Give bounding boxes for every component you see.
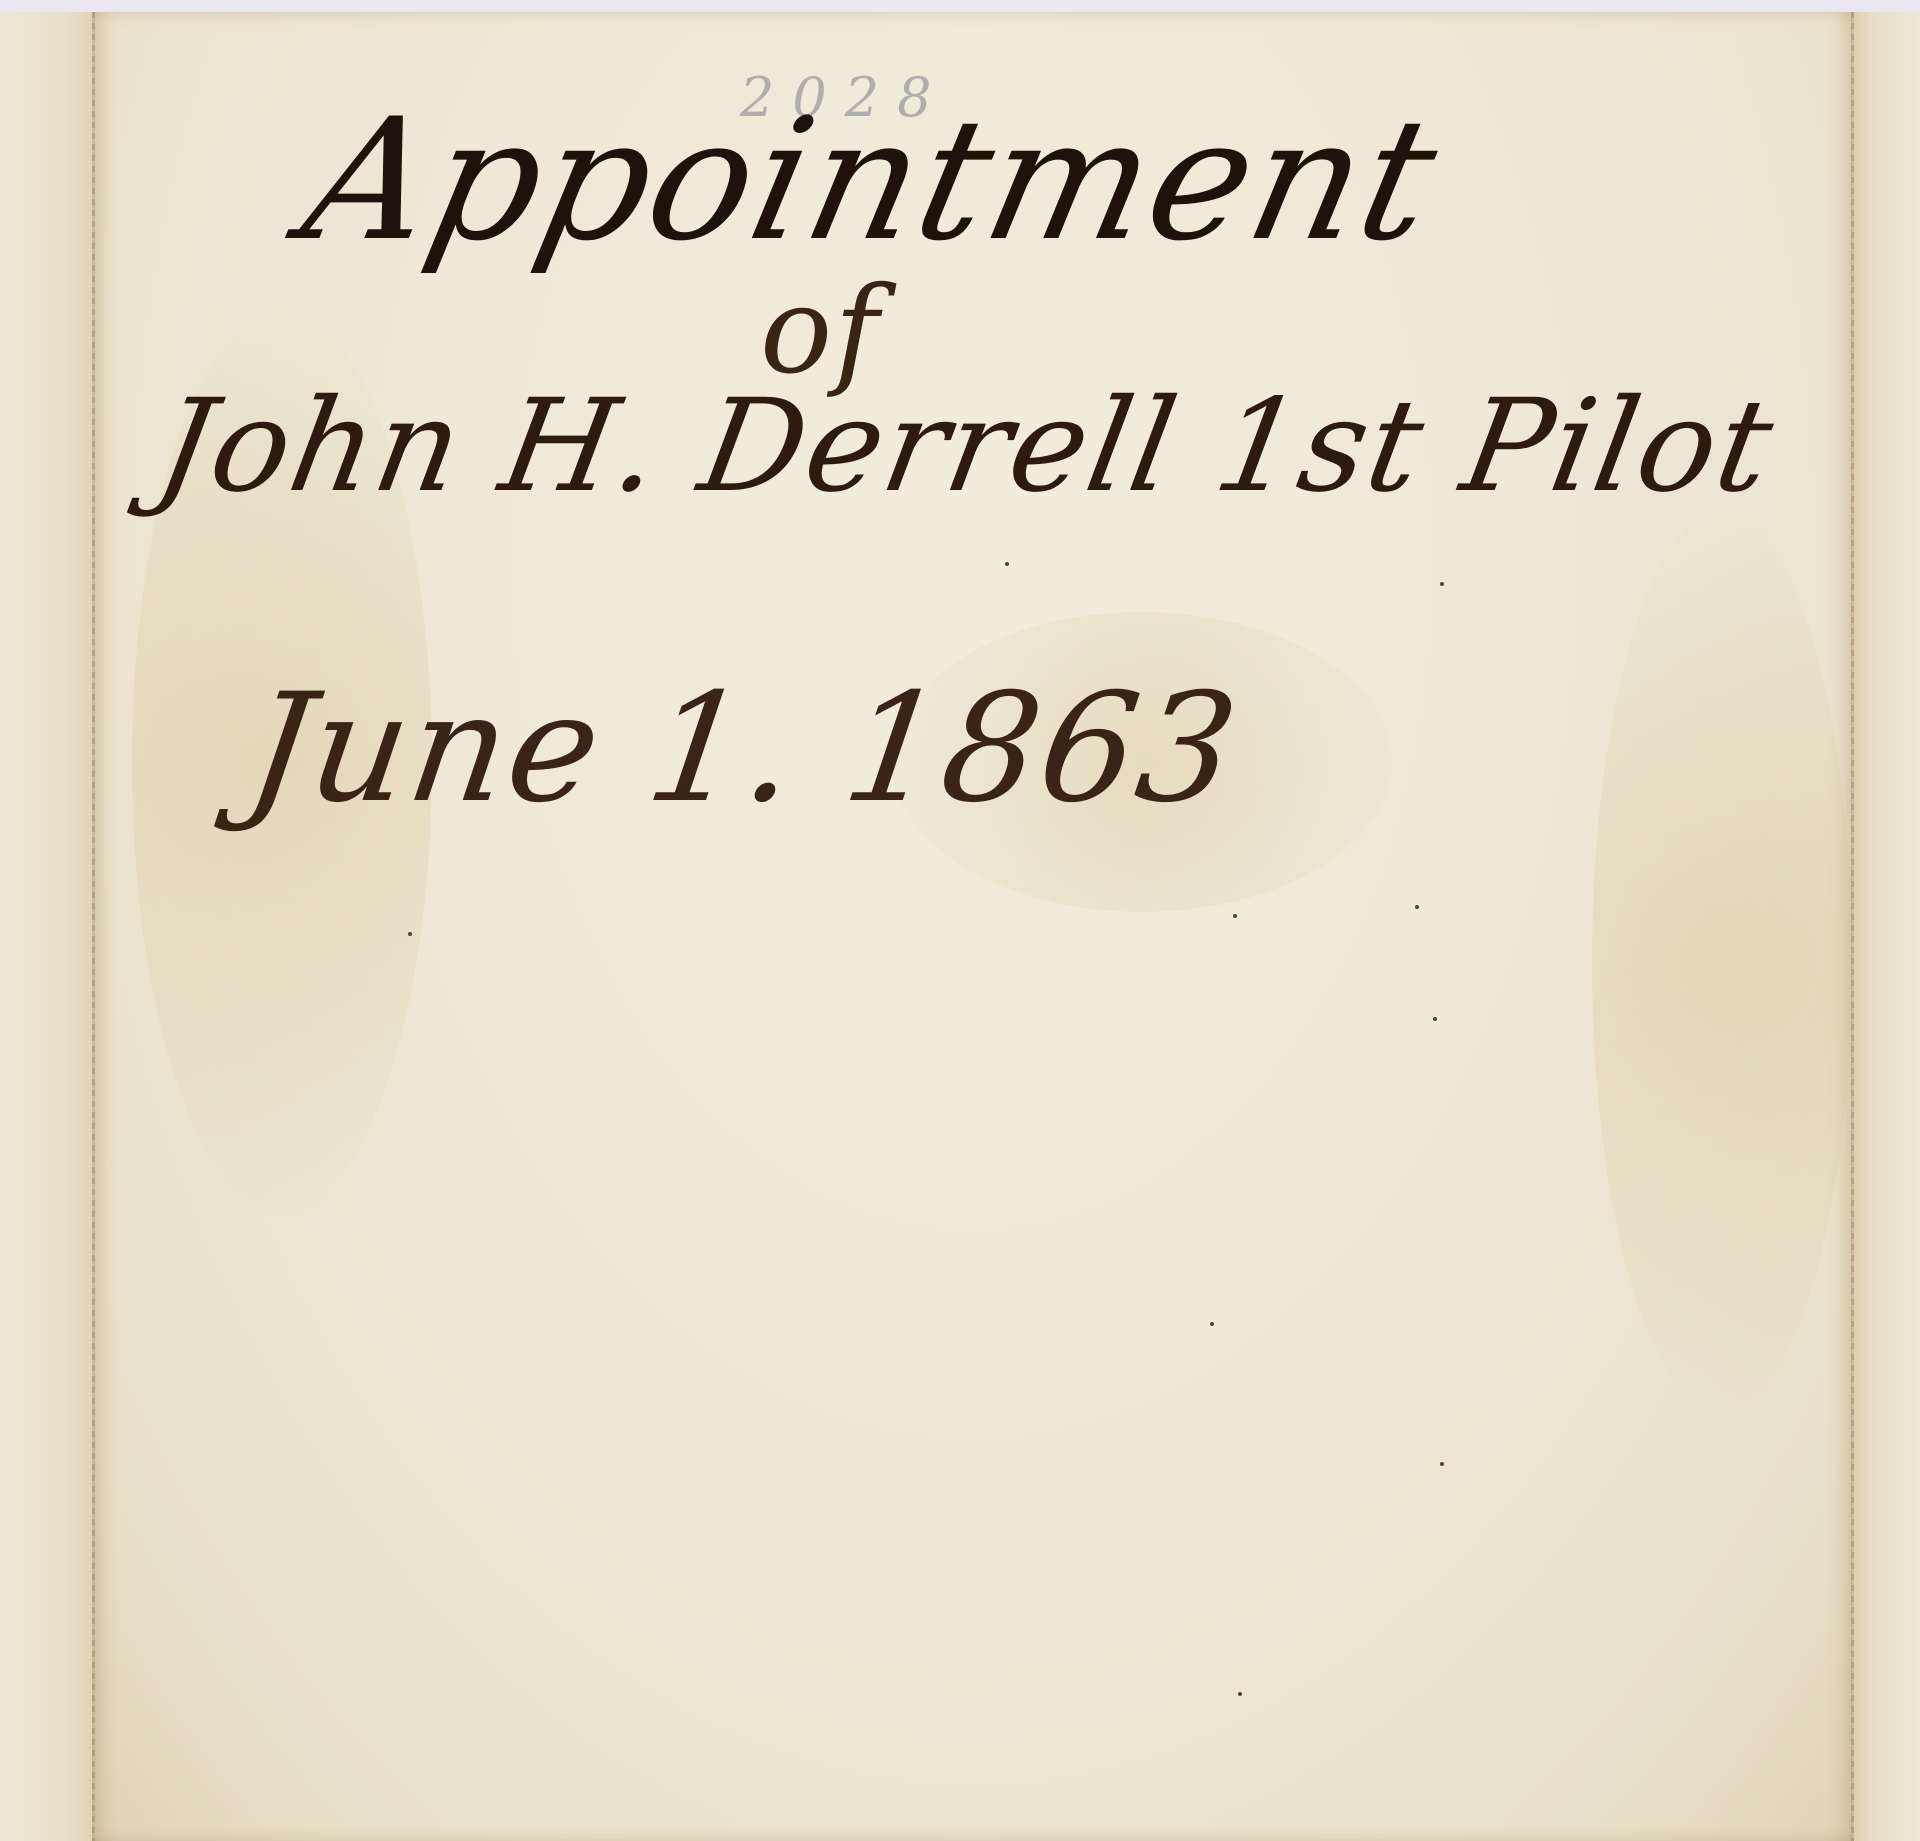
ink-speck [408, 932, 412, 936]
ink-speck [1210, 1322, 1214, 1326]
ink-speck [1440, 582, 1444, 586]
ink-speck [1005, 562, 1009, 566]
ink-speck [1440, 1462, 1444, 1466]
paper-stain [1592, 512, 1852, 1412]
document-date: June 1. 1863 [238, 662, 1249, 836]
document-page [92, 12, 1854, 1841]
ink-speck [1433, 1017, 1437, 1021]
ink-speck [1238, 1692, 1242, 1696]
scanned-document: 2028 Appointment of John H. Derrell 1st … [0, 12, 1920, 1841]
ink-speck [1415, 905, 1419, 909]
ink-speck [1233, 914, 1237, 918]
left-fold-flap [0, 12, 96, 1841]
appointee-name-and-rank: John H. Derrell 1st Pilot [147, 372, 1785, 521]
right-fold-flap [1852, 12, 1920, 1841]
document-title: Appointment [289, 82, 1454, 278]
